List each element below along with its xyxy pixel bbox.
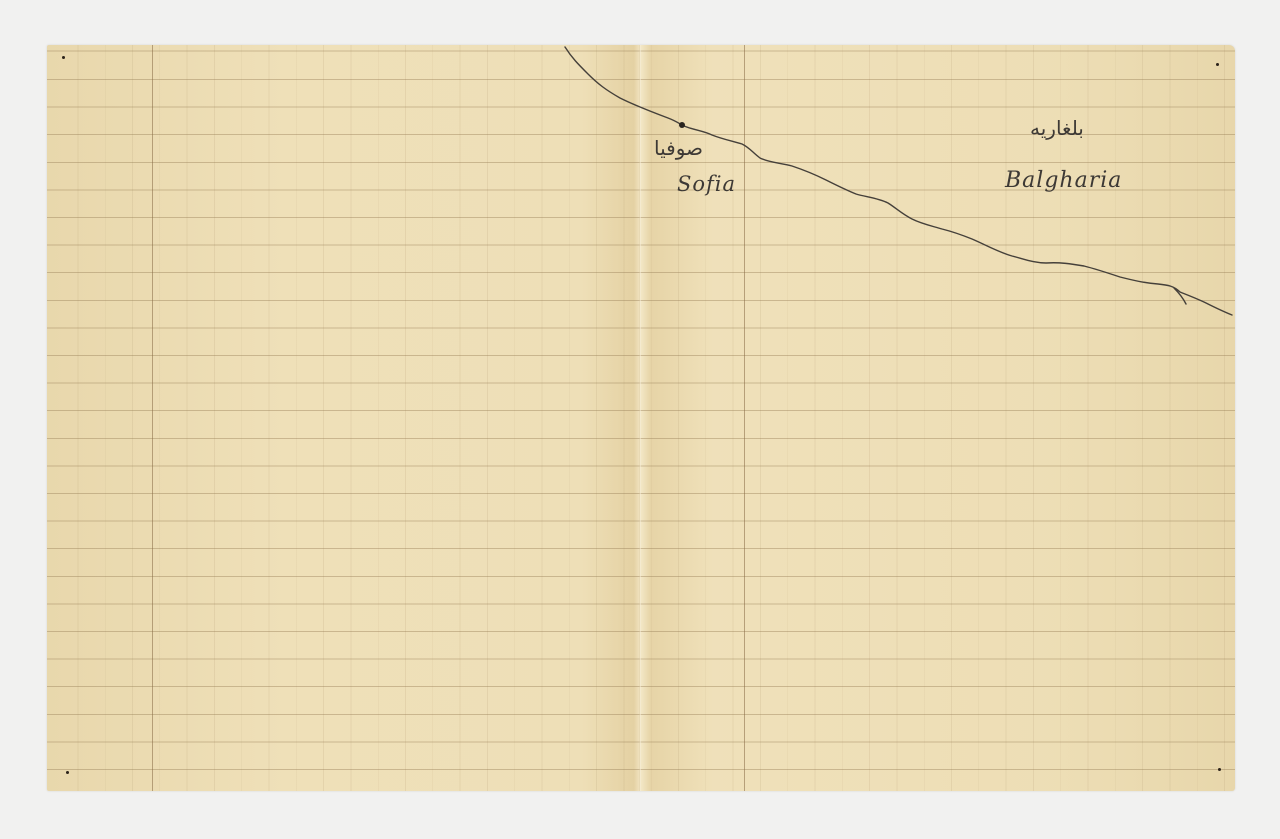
vertical-grid-lines (47, 45, 1235, 791)
sofia-city-marker-icon (679, 122, 685, 128)
map-page: صوفيا Sofia بلغاريه Balgharia (0, 0, 1280, 839)
right-page-margin-line (744, 45, 745, 791)
center-fold (639, 45, 641, 791)
left-page-margin-line (152, 45, 153, 791)
pin-hole-bottom-right-icon (1218, 768, 1221, 771)
horizontal-grid-lines (47, 45, 1235, 791)
sofia-label: Sofia (677, 174, 736, 195)
sofia-arabic-label: صوفيا (654, 138, 703, 158)
balgharia-arabic-label: بلغاريه (1030, 118, 1084, 138)
ledger-paper-sheet (47, 45, 1235, 791)
pin-hole-bottom-left-icon (66, 771, 69, 774)
pin-hole-top-left-icon (62, 56, 65, 59)
balgharia-label: Balgharia (1005, 170, 1122, 192)
pin-hole-top-right-icon (1216, 63, 1219, 66)
